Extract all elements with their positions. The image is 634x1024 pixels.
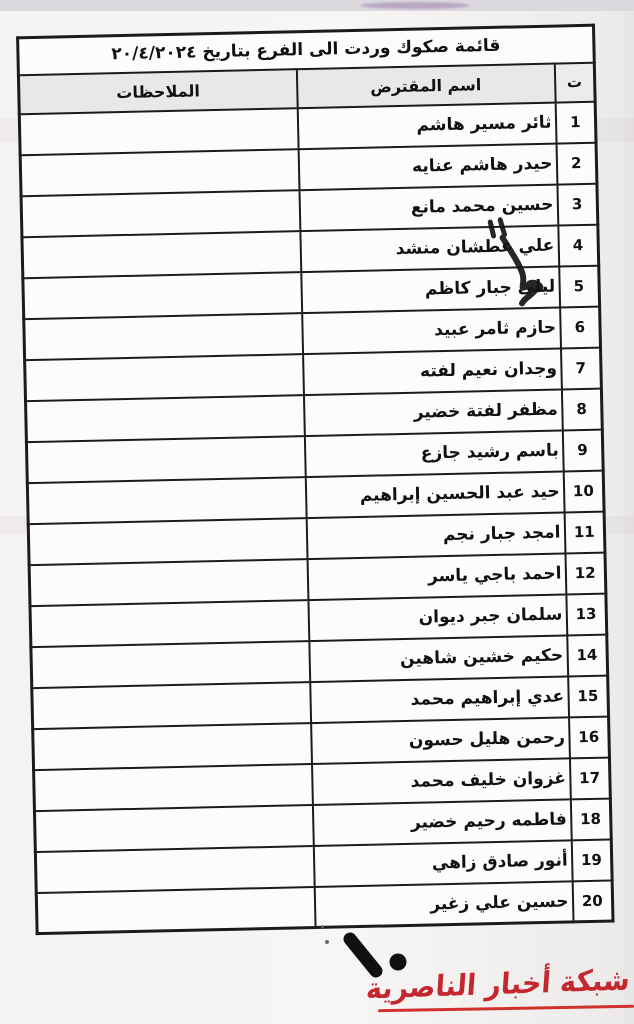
- row-notes: [29, 559, 308, 606]
- row-notes: [34, 764, 313, 811]
- row-number: 18: [570, 798, 611, 840]
- column-header-notes: الملاحظات: [18, 69, 297, 114]
- row-notes: [23, 272, 302, 319]
- row-borrower-name: ثائر مسير هاشم: [297, 102, 556, 149]
- row-number: 19: [571, 839, 612, 881]
- row-borrower-name: حسين محمد مانع: [299, 184, 558, 231]
- row-notes: [21, 190, 300, 237]
- palm-tree-icon: [631, 954, 633, 1006]
- scanned-document: قائمة صكوك وردت الى الفرع بتاريخ ٢٠/٤/٢٠…: [16, 24, 614, 935]
- row-number: 17: [569, 757, 610, 799]
- row-borrower-name: حكيم خشين شاهين: [309, 635, 568, 682]
- row-notes: [20, 149, 299, 196]
- photo-background: قائمة صكوك وردت الى الفرع بتاريخ ٢٠/٤/٢٠…: [0, 0, 634, 1024]
- row-number: 14: [567, 634, 608, 676]
- row-borrower-name: حيدر هاشم عنايه: [298, 143, 557, 190]
- row-number: 1: [555, 101, 596, 143]
- row-number: 16: [569, 716, 610, 758]
- ink-speck: [325, 940, 329, 944]
- row-notes: [27, 477, 306, 524]
- row-notes: [32, 682, 311, 729]
- row-number: 12: [565, 552, 606, 594]
- row-borrower-name: سلمان جبر ديوان: [308, 594, 567, 641]
- checks-table: قائمة صكوك وردت الى الفرع بتاريخ ٢٠/٤/٢٠…: [16, 24, 614, 935]
- row-number: 15: [568, 675, 609, 717]
- row-borrower-name: وجدان نعيم لفته: [303, 348, 562, 395]
- row-notes: [24, 313, 303, 360]
- table-body: قائمة صكوك وردت الى الفرع بتاريخ ٢٠/٤/٢٠…: [18, 25, 613, 933]
- row-borrower-name: حازم ثامر عبيد: [302, 307, 561, 354]
- row-number: 2: [556, 142, 597, 184]
- row-number: 3: [557, 183, 598, 225]
- row-notes: [33, 723, 312, 770]
- row-borrower-name: باسم رشيد جازع: [304, 430, 563, 477]
- row-borrower-name: أنور صادق زاهي: [313, 840, 572, 887]
- top-edge-strip: [0, 0, 634, 11]
- row-borrower-name: عدي إبراهيم محمد: [310, 676, 569, 723]
- row-notes: [19, 108, 298, 155]
- row-notes: [30, 600, 309, 647]
- row-borrower-name: غزوان خليف محمد: [312, 758, 571, 805]
- row-number: 5: [559, 265, 600, 307]
- row-borrower-name: مظفر لفتة خضير: [303, 389, 562, 436]
- row-number: 6: [560, 306, 601, 348]
- row-borrower-name: احمد باجي ياسر: [307, 553, 566, 600]
- row-borrower-name: ليلى جبار كاظم: [301, 266, 560, 313]
- row-notes: [26, 395, 305, 442]
- row-notes: [36, 887, 315, 934]
- row-number: 7: [560, 347, 601, 389]
- row-notes: [35, 846, 314, 893]
- row-borrower-name: علي عطشان منشد: [300, 225, 559, 272]
- row-borrower-name: فاطمه رحيم خضير: [312, 799, 571, 846]
- row-borrower-name: رحمن هليل حسون: [311, 717, 570, 764]
- row-borrower-name: امجد جبار نجم: [306, 512, 565, 559]
- row-borrower-name: حسين علي زغير: [314, 881, 573, 928]
- row-number: 8: [561, 388, 602, 430]
- row-notes: [25, 354, 304, 401]
- column-header-index: ت: [554, 62, 595, 102]
- row-number: 10: [563, 470, 604, 512]
- row-number: 13: [566, 593, 607, 635]
- ink-speck: [321, 925, 324, 928]
- watermark-text: شبكة أخبار الناصرية: [365, 963, 631, 1006]
- column-header-borrower-name: اسم المقترض: [296, 63, 555, 108]
- row-notes: [26, 436, 305, 483]
- row-number: 11: [564, 511, 605, 553]
- row-number: 9: [562, 429, 603, 471]
- row-notes: [28, 518, 307, 565]
- row-number: 20: [572, 880, 613, 922]
- row-number: 4: [558, 224, 599, 266]
- row-notes: [31, 641, 310, 688]
- row-borrower-name: حيد عبد الحسين إبراهيم: [305, 471, 564, 518]
- row-notes: [34, 805, 313, 852]
- scan-smudge: [360, 2, 470, 9]
- row-notes: [22, 231, 301, 278]
